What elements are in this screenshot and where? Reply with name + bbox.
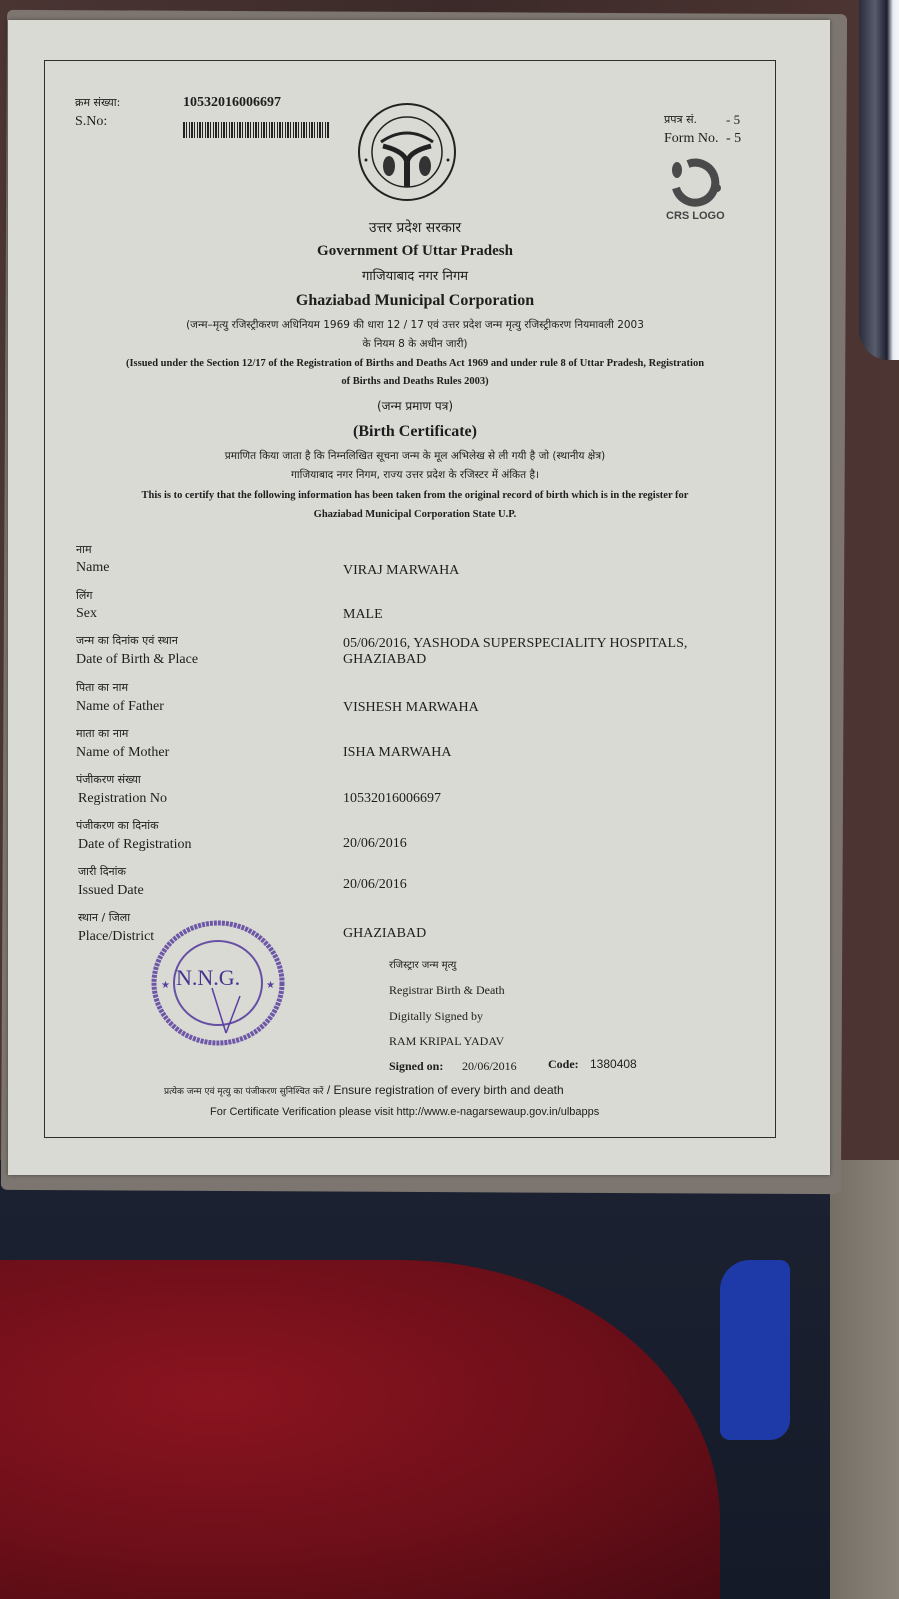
field-value-line2: GHAZIABAD (343, 652, 426, 668)
field-label-hi: माता का नाम (76, 726, 128, 741)
field-label-en: Name of Father (76, 699, 164, 715)
field-value: ISHA MARWAHA (343, 745, 452, 761)
barcode-icon (183, 122, 329, 138)
field-label-en: Registration No (78, 791, 167, 807)
corp-name-hi: गाजियाबाद नगर निगम (0, 266, 830, 284)
certify-en-line2: Ghaziabad Municipal Corporation State U.… (0, 509, 830, 520)
code-value: 1380408 (590, 1057, 637, 1071)
act-hi-line2: के नियम 8 के अधीन जारी) (0, 337, 830, 351)
serial-label-hi: क्रम संख्या: (75, 95, 120, 110)
registrar-hi: रजिस्ट्रार जन्म मृत्यु (389, 957, 456, 971)
field-label-hi: पंजीकरण का दिनांक (76, 818, 159, 833)
signed-on-label: Signed on: (389, 1059, 443, 1074)
verification-note: For Certificate Verification please visi… (210, 1106, 599, 1118)
certify-hi-line1: प्रमाणित किया जाता है कि निम्नलिखित सूचन… (0, 449, 830, 463)
govt-name-hi: उत्तर प्रदेश सरकार (0, 218, 830, 237)
field-value: 20/06/2016 (343, 836, 407, 852)
field-label-hi: जन्म का दिनांक एवं स्थान (76, 633, 178, 648)
field-label-en: Place/District (78, 929, 154, 945)
signer-name: RAM KRIPAL YADAV (389, 1034, 504, 1049)
field-label-en: Date of Registration (78, 837, 192, 853)
field-label-hi: लिंग (76, 588, 93, 603)
field-label-hi: पिता का नाम (76, 680, 128, 695)
field-label-hi: पंजीकरण संख्या (76, 772, 141, 787)
seal-text: N.N.G. (176, 965, 240, 991)
phone-edge (859, 0, 899, 360)
field-value: 05/06/2016, YASHODA SUPERSPECIALITY HOSP… (343, 636, 687, 652)
form-no-value-en: - 5 (726, 131, 741, 147)
field-value: 20/06/2016 (343, 877, 407, 893)
field-label-hi: नाम (76, 542, 92, 557)
field-value: VISHESH MARWAHA (343, 700, 479, 716)
registrar-en: Registrar Birth & Death (389, 983, 505, 998)
act-hi-line1: (जन्म–मृत्यु रजिस्ट्रीकरण अधिनियम 1969 क… (0, 318, 830, 332)
certify-hi-line2: गाजियाबाद नगर निगम, राज्य उत्तर प्रदेश क… (0, 468, 830, 482)
title-hi: (जन्म प्रमाण पत्र) (0, 397, 830, 414)
field-label-hi: जारी दिनांक (78, 864, 126, 879)
signed-on-value: 20/06/2016 (462, 1059, 517, 1074)
field-value: VIRAJ MARWAHA (343, 563, 459, 579)
form-no-value-hi: - 5 (726, 112, 740, 128)
field-value: 10532016006697 (343, 791, 441, 807)
ensure-hi: प्रत्येक जन्म एवं मृत्यु का पंजीकरण सुनि… (164, 1087, 323, 1097)
field-label-en: Name of Mother (76, 745, 169, 761)
serial-label-en: S.No: (75, 114, 107, 130)
ensure-en: / Ensure registration of every birth and… (323, 1083, 563, 1097)
field-value: GHAZIABAD (343, 926, 426, 942)
ensure-registration: प्रत्येक जन्म एवं मृत्यु का पंजीकरण सुनि… (164, 1083, 564, 1098)
govt-name-en: Government Of Uttar Pradesh (0, 243, 830, 260)
corp-name-en: Ghaziabad Municipal Corporation (0, 292, 830, 310)
form-no-label-hi: प्रपत्र सं. (664, 112, 697, 127)
serial-number: 10532016006697 (183, 95, 281, 111)
act-en-line2: of Births and Deaths Rules 2003) (0, 376, 830, 387)
form-no-label-en: Form No. (664, 131, 718, 147)
act-en-line1: (Issued under the Section 12/17 of the R… (0, 358, 830, 369)
certify-en-line1: This is to certify that the following in… (0, 490, 830, 501)
title-en: (Birth Certificate) (0, 423, 830, 441)
up-govt-emblem-icon (353, 102, 461, 202)
field-label-hi: स्थान / जिला (78, 910, 130, 925)
field-label-en: Date of Birth & Place (76, 652, 198, 668)
digitally-signed-label: Digitally Signed by (389, 1009, 483, 1024)
code-label: Code: (548, 1057, 579, 1072)
svg-text:★: ★ (266, 980, 275, 991)
svg-text:★: ★ (161, 980, 170, 991)
field-label-en: Name (76, 560, 109, 576)
field-value: MALE (343, 607, 383, 623)
field-label-en: Issued Date (78, 883, 144, 899)
blue-bag (720, 1260, 790, 1440)
crs-logo-icon (668, 158, 726, 208)
field-label-en: Sex (76, 606, 97, 622)
